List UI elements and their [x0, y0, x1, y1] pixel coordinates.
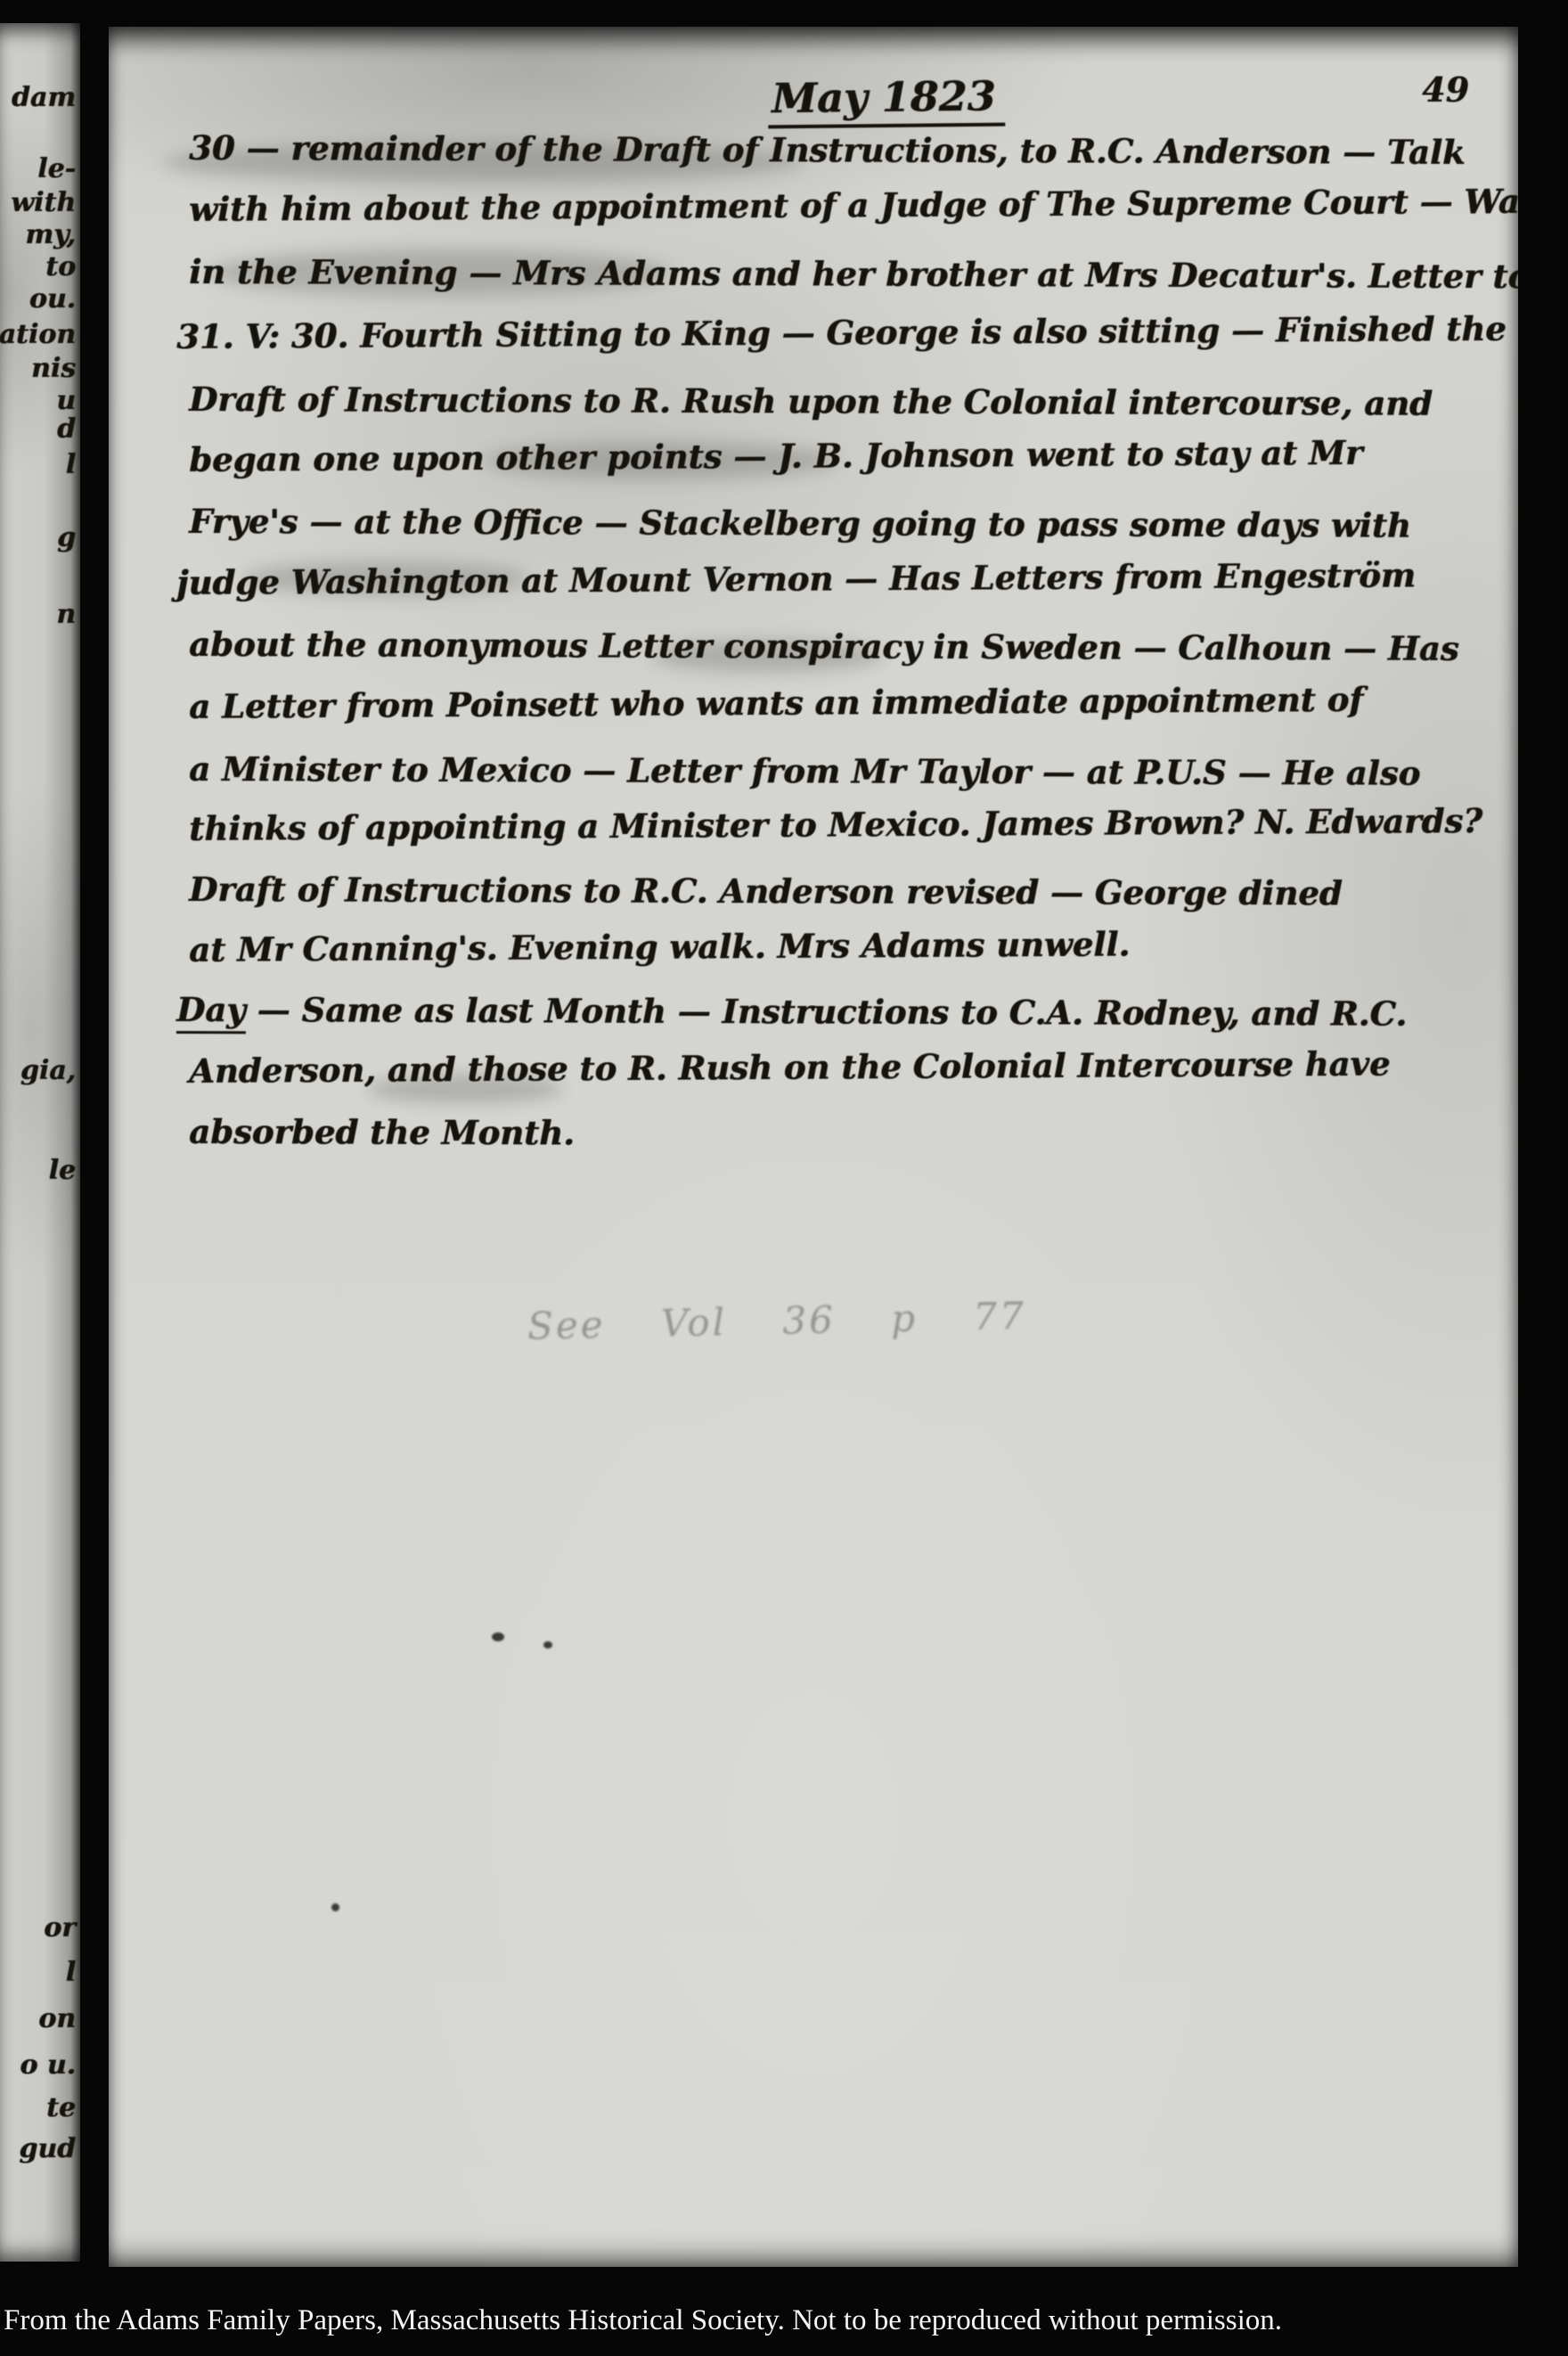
manuscript-line: a Minister to Mexico — Letter from Mr Ta…: [189, 749, 1420, 793]
manuscript-line: absorbed the Month.: [189, 1112, 575, 1153]
line-remainder: — Same as last Month — Instructions to C…: [245, 990, 1407, 1034]
facing-page-fragment: gia,: [20, 1055, 76, 1086]
facing-page-fragment: nis: [31, 353, 76, 384]
facing-page-fragment: gud: [19, 2133, 76, 2164]
manuscript-page: May 1823 49 30 — remainder of the Draft …: [109, 27, 1518, 2267]
facing-page-fragment: te: [46, 2092, 76, 2123]
manuscript-line: thinks of appointing a Minister to Mexic…: [189, 801, 1482, 848]
facing-page-fragment: to: [45, 251, 76, 282]
archive-caption: From the Adams Family Papers, Massachuse…: [4, 2304, 1282, 2337]
page-number: 49: [1422, 70, 1469, 110]
manuscript-line: Frye's — at the Office — Stackelberg goi…: [189, 502, 1411, 545]
month-year-heading: May 1823: [768, 72, 1005, 129]
facing-page-fragment: my,: [25, 219, 76, 250]
facing-page-fragment: n: [56, 599, 76, 630]
facing-page-fragment: le: [49, 1155, 76, 1186]
manuscript-line: Day — Same as last Month — Instructions …: [176, 990, 1407, 1034]
facing-page-fragment: ou.: [29, 283, 76, 315]
pencil-note: See Vol 36 p 77: [527, 1294, 1027, 1348]
manuscript-line: at Mr Canning's. Evening walk. Mrs Adams…: [189, 925, 1130, 969]
facing-page-fragment: dam: [12, 82, 76, 113]
manuscript-line: with him about the appointment of a Judg…: [189, 182, 1518, 229]
facing-page-fragment: le-: [37, 153, 76, 184]
manuscript-line: Anderson, and those to R. Rush on the Co…: [189, 1044, 1391, 1091]
day-word-underlined: Day: [176, 990, 246, 1034]
paper-speck: [492, 1632, 504, 1641]
manuscript-line: Draft of Instructions to R. Rush upon th…: [189, 380, 1433, 423]
paper-speck: [331, 1903, 339, 1911]
paper-speck: [543, 1641, 552, 1648]
facing-page-fragment: with: [11, 187, 76, 218]
facing-page-fragment: ation: [0, 319, 76, 350]
manuscript-line: 31. V: 30. Fourth Sitting to King — Geor…: [176, 309, 1507, 356]
manuscript-line: judge Washington at Mount Vernon — Has L…: [176, 556, 1416, 602]
facing-page-strip: dam le- with my, to ou. ation nis u d l …: [0, 23, 80, 2262]
facing-page-fragment: g: [57, 522, 76, 553]
facing-page-fragment: l: [66, 1957, 76, 1988]
facing-page-fragment: u: [56, 385, 76, 416]
facing-page-fragment: or: [44, 1912, 76, 1943]
manuscript-line: a Letter from Poinsett who wants an imme…: [189, 680, 1363, 726]
facing-page-fragment: o u.: [20, 2049, 76, 2081]
manuscript-line: in the Evening — Mrs Adams and her broth…: [189, 252, 1518, 297]
manuscript-scan: dam le- with my, to ou. ation nis u d l …: [0, 0, 1568, 2356]
manuscript-line: Draft of Instructions to R.C. Anderson r…: [189, 870, 1343, 913]
manuscript-line: began one upon other points — J. B. John…: [189, 433, 1363, 479]
facing-page-fragment: l: [66, 449, 76, 480]
manuscript-line: 30 — remainder of the Draft of Instructi…: [189, 128, 1466, 172]
facing-page-fragment: d: [57, 413, 76, 445]
facing-page-fragment: on: [38, 2003, 76, 2034]
manuscript-line: about the anonymous Letter conspiracy in…: [189, 625, 1459, 668]
